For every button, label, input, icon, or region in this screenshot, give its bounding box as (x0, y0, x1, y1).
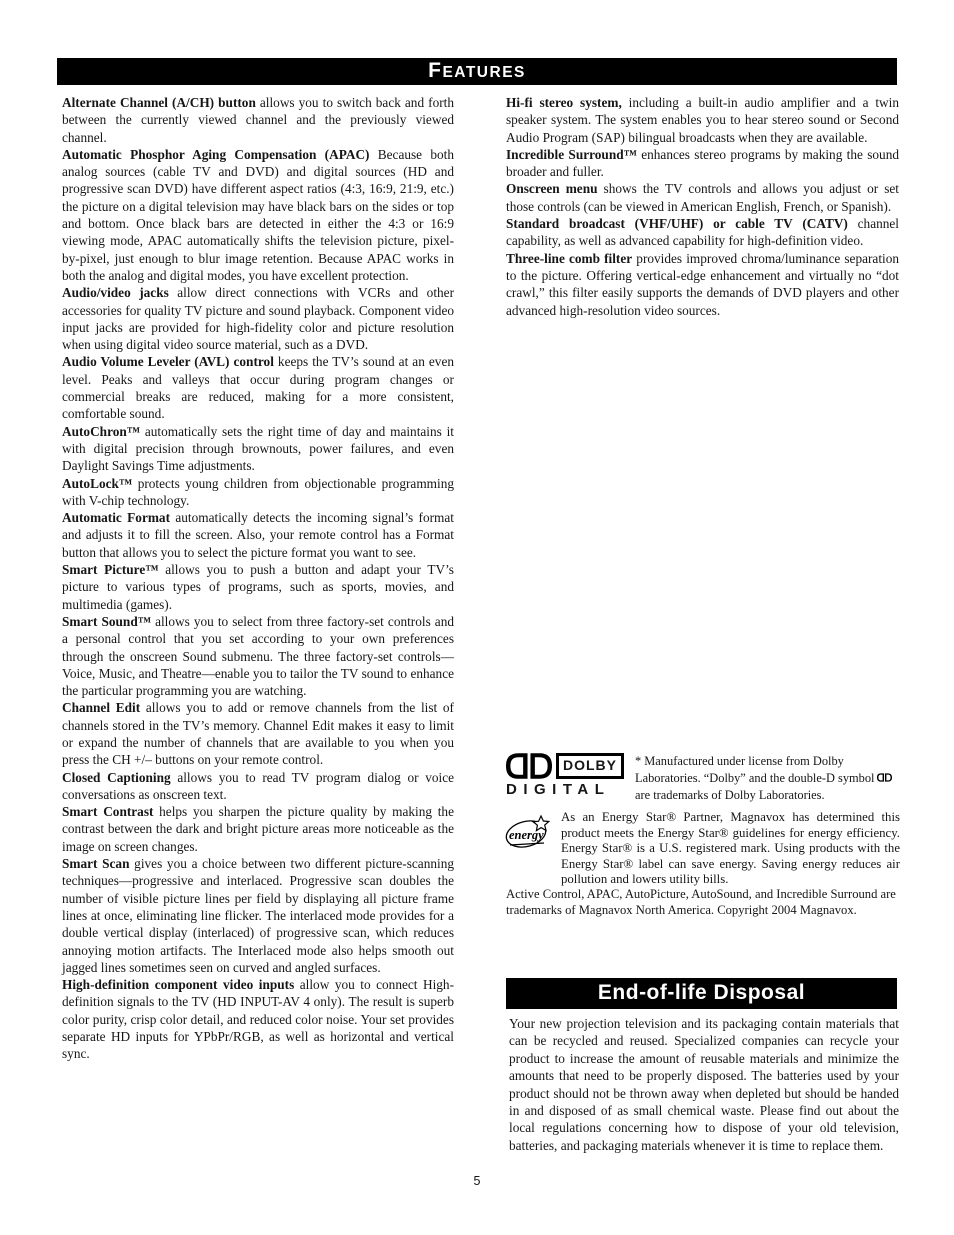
disposal-title: End-of-life Disposal (506, 978, 897, 1008)
feature-term: Automatic Format (62, 510, 170, 525)
double-d-icon (877, 773, 892, 782)
feature-term: AutoLock™ (62, 476, 132, 491)
feature-paragraph: Closed Captioning allows you to read TV … (62, 769, 454, 804)
disposal-header-bar: End-of-life Disposal (506, 978, 897, 1009)
feature-paragraph: Channel Edit allows you to add or remove… (62, 699, 454, 768)
feature-paragraph: Alternate Channel (A/CH) button allows y… (62, 94, 454, 146)
feature-term: Smart Sound™ (62, 614, 151, 629)
manual-page: Features Alternate Channel (A/CH) button… (0, 0, 954, 1235)
features-header-bar: Features (57, 58, 897, 85)
dolby-license-block: DOLBY DIGITAL * Manufactured under licen… (506, 753, 900, 803)
feature-term: Audio/video jacks (62, 285, 169, 300)
feature-paragraph: Incredible Surround™ enhances stereo pro… (506, 146, 899, 181)
features-column-left: Alternate Channel (A/CH) button allows y… (62, 94, 454, 1063)
dolby-license-note: * Manufactured under license from Dolby … (635, 753, 900, 803)
feature-paragraph: Standard broadcast (VHF/UHF) or cable TV… (506, 215, 899, 250)
feature-term: Smart Picture™ (62, 562, 159, 577)
dolby-digital-label: DIGITAL (506, 781, 624, 798)
dolby-digital-logo: DOLBY DIGITAL (506, 753, 624, 803)
feature-text: Because both analog sources (cable TV an… (62, 147, 454, 283)
disposal-text: Your new projection television and its p… (509, 1015, 899, 1154)
feature-paragraph: Automatic Format automatically detects t… (62, 509, 454, 561)
feature-term: Hi-fi stereo system, (506, 95, 622, 110)
page-number: 5 (0, 1174, 954, 1188)
feature-term: Closed Captioning (62, 770, 171, 785)
feature-paragraph: Onscreen menu shows the TV controls and … (506, 180, 899, 215)
features-column-right: Hi-fi stereo system, including a built-i… (506, 94, 899, 319)
feature-paragraph: AutoLock™ protects young children from o… (62, 475, 454, 510)
feature-term: Incredible Surround™ (506, 147, 637, 162)
page-title: Features (57, 58, 897, 86)
energy-star-note: As an Energy Star® Partner, Magnavox has… (561, 810, 900, 888)
feature-paragraph: AutoChron™ automatically sets the right … (62, 423, 454, 475)
energy-logo-word: energy (509, 828, 544, 842)
feature-term: High-definition component video inputs (62, 977, 294, 992)
feature-term: Audio Volume Leveler (AVL) control (62, 354, 274, 369)
feature-paragraph: Smart Sound™ allows you to select from t… (62, 613, 454, 699)
feature-paragraph: Three-line comb filter provides improved… (506, 250, 899, 319)
feature-term: Automatic Phosphor Aging Compensation (A… (62, 147, 369, 162)
feature-paragraph: Audio Volume Leveler (AVL) control keeps… (62, 353, 454, 422)
feature-paragraph: Hi-fi stereo system, including a built-i… (506, 94, 899, 146)
feature-term: Standard broadcast (VHF/UHF) or cable TV… (506, 216, 848, 231)
dolby-note-text: * Manufactured under license from Dolby … (635, 754, 875, 785)
feature-text: gives you a choice between two different… (62, 856, 454, 975)
feature-paragraph: Smart Contrast helps you sharpen the pic… (62, 803, 454, 855)
feature-term: Alternate Channel (A/CH) button (62, 95, 256, 110)
double-d-icon (506, 753, 552, 779)
energy-star-block: energy As an Energy Star® Partner, Magna… (504, 810, 900, 888)
feature-paragraph: Audio/video jacks allow direct connectio… (62, 284, 454, 353)
feature-term: Onscreen menu (506, 181, 598, 196)
dolby-box-label: DOLBY (556, 753, 624, 779)
magnavox-trademark-note: Active Control, APAC, AutoPicture, AutoS… (506, 886, 900, 918)
feature-term: Smart Scan (62, 856, 129, 871)
feature-paragraph: High-definition component video inputs a… (62, 976, 454, 1062)
feature-paragraph: Smart Scan gives you a choice between tw… (62, 855, 454, 976)
feature-term: Channel Edit (62, 700, 140, 715)
feature-term: Three-line comb filter (506, 251, 632, 266)
feature-term: AutoChron™ (62, 424, 140, 439)
feature-paragraph: Smart Picture™ allows you to push a butt… (62, 561, 454, 613)
dolby-note-text: are trademarks of Dolby Laboratories. (635, 788, 825, 802)
energy-star-logo: energy (504, 810, 554, 888)
feature-term: Smart Contrast (62, 804, 153, 819)
feature-paragraph: Automatic Phosphor Aging Compensation (A… (62, 146, 454, 284)
